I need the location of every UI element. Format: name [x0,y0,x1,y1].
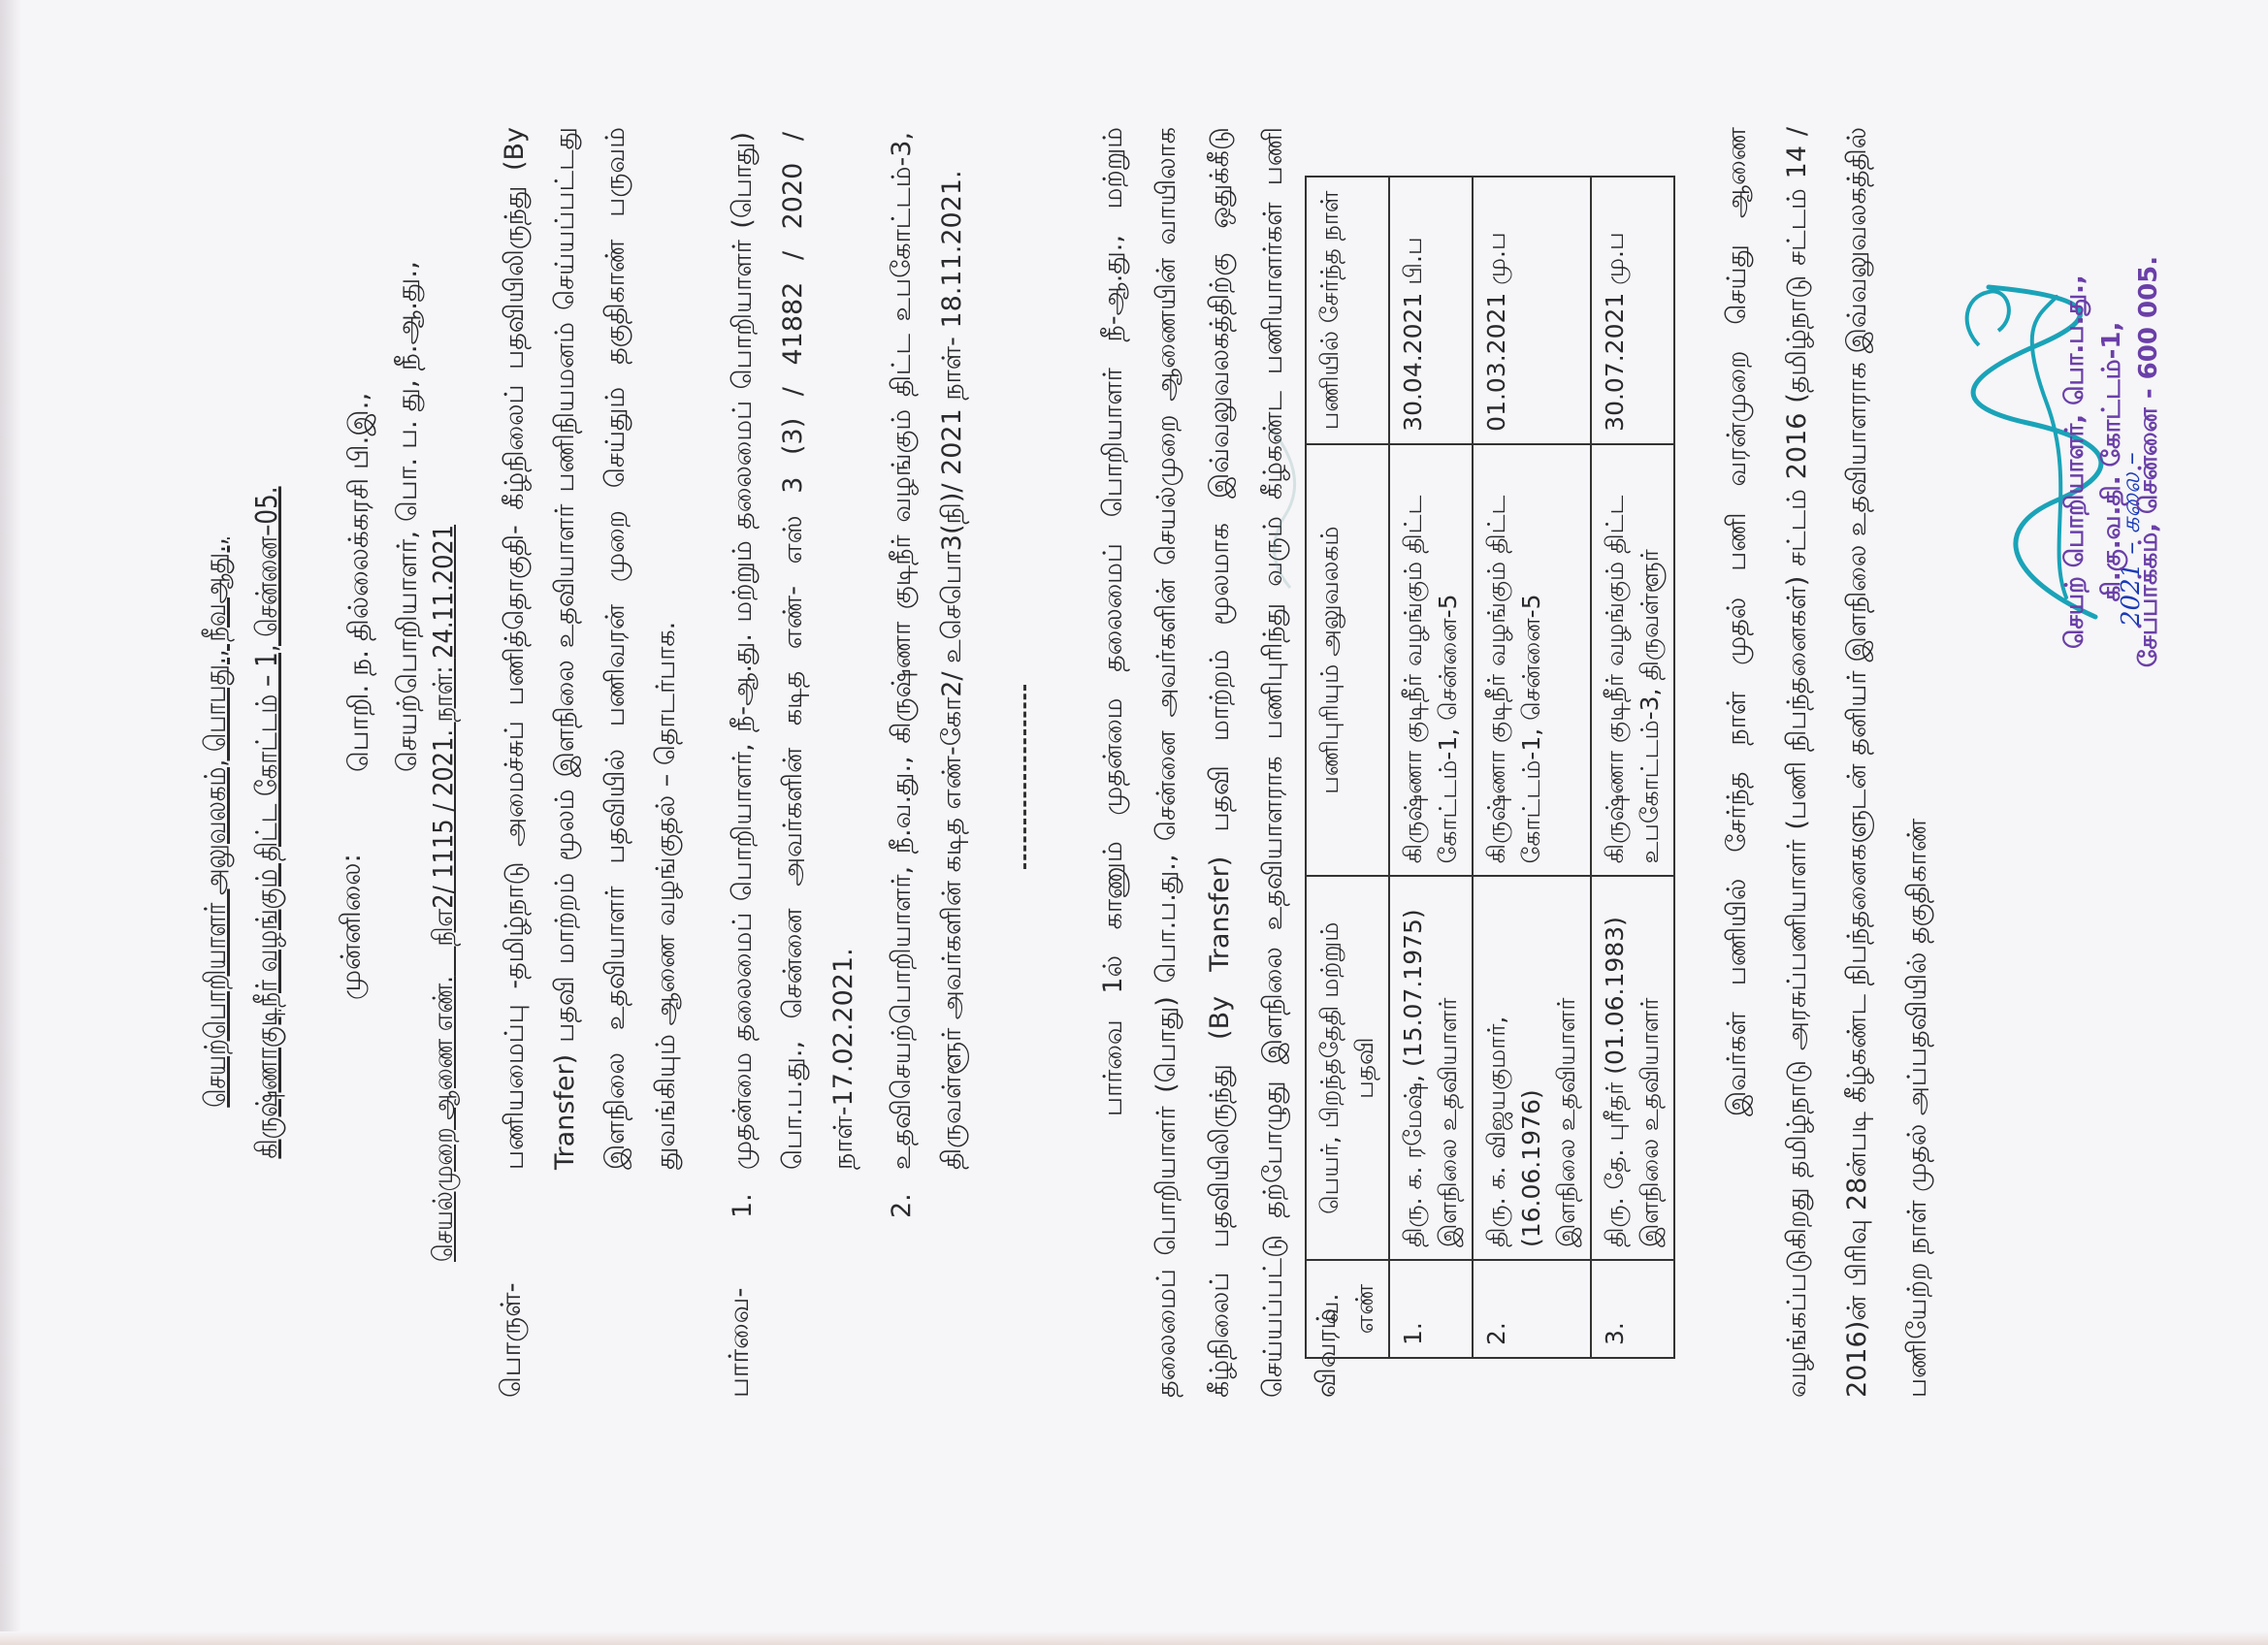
order-number: நிஎ2/ 1115 / 2021. [427,729,459,946]
body-paragraph-2: இவர்கள் பணியில் சேர்ந்த நாள் முதல் பணி வ… [1707,127,1948,1398]
reference-list: 1. முதன்மை தலைமைப் பொறியாளர், நீ-ஆ.து. ம… [718,132,986,1218]
document-page: செயற்பொறியாளர் அலுவலகம், பொபது., நீவஆது.… [0,0,2268,1645]
order-date-label: நாள்: [427,665,459,722]
cell-name: திரு. க. விஜயகுமார், (16.06.1976)இளநிலை … [1473,876,1591,1260]
cell-office: கிருஷ்ணா குடிநீர் வழங்கும் திட்ட கோட்டம்… [1473,444,1591,877]
cell-name: திரு. தே. புரீதர் (01.06.1983)இளநிலை உதவ… [1591,876,1674,1260]
reference-item: 2. உதவிசெயற்பொறியாளர், நீ.வ.து., கிருஷ்ண… [877,132,978,1218]
reference-number: 2. [877,1170,978,1218]
col-office: பணிபுரியும் அலுவலகம் [1306,444,1389,877]
cell-sno: 2. [1473,1260,1591,1358]
cell-office: கிருஷ்ணா குடிநீர் வழங்கும் திட்ட உபகோட்ட… [1591,444,1674,877]
table-header-row: வ. எண் பெயர், பிறந்ததேதி மற்றும் பதவி பண… [1306,177,1389,1358]
employee-name: திரு. க. விஜயகுமார், (16.06.1976) [1479,888,1549,1247]
reference-text: உதவிசெயற்பொறியாளர், நீ.வ.து., கிருஷ்ணா க… [877,132,978,1170]
order-label: செயல்முறை ஆணை எண். [427,976,459,1262]
col-sno: வ. எண் [1306,1260,1389,1358]
staff-table: வ. எண் பெயர், பிறந்ததேதி மற்றும் பதவி பண… [1305,176,1675,1359]
employee-post: இளநிலை உதவியாளர் [1549,888,1584,1247]
presence-designation: செயற்பொறியாளர், பொ. ப. து, நீ.ஆ.து., [383,261,432,772]
stamp-line-3: சேப்பாக்கம், சென்னை - 600 005. [2130,210,2167,714]
reference-item: 1. முதன்மை தலைமைப் பொறியாளர், நீ-ஆ.து. ம… [718,132,869,1218]
faint-pencil-mark [1251,418,1310,593]
employee-post: இளநிலை உதவியாளர் [1633,888,1668,1247]
stamp-line-2: கி.கு.வ.தி. கோட்டம்-1, [2093,210,2130,714]
cell-joined: 01.03.2021 மு.ப [1473,177,1591,444]
cell-name: திரு. க. ரமேஷ், (15.07.1975)இளநிலை உதவிய… [1389,876,1473,1260]
presence-name: பொறி. ந. தில்லைக்கரசி பி.இ., [335,261,383,772]
order-date: 24.11.2021 [427,525,459,659]
presence-block: பொறி. ந. தில்லைக்கரசி பி.இ., செயற்பொறியா… [335,261,432,772]
cell-sno: 3. [1591,1260,1674,1358]
col-joined: பணியில் சேர்ந்த நாள் [1306,177,1389,444]
cell-office: கிருஷ்ணா குடிநீர் வழங்கும் திட்ட கோட்டம்… [1389,444,1473,877]
presence-label: முன்னிலை: [335,854,371,1000]
stamp-line-1: செயற் பொறியாளர், பொ.ப.து., [2057,210,2093,714]
employee-name: திரு. க. ரமேஷ், (15.07.1975) [1396,888,1431,1247]
table-row: 1. திரு. க. ரமேஷ், (15.07.1975)இளநிலை உத… [1389,177,1473,1358]
table-row: 3. திரு. தே. புரீதர் (01.06.1983)இளநிலை … [1591,177,1674,1358]
division-header: கிருஷ்ணாகுடிநீர் வழங்கும் திட்ட கோட்டம் … [250,148,288,1498]
employee-post: இளநிலை உதவியாளர் [1431,888,1466,1247]
cell-joined: 30.07.2021 மு.ப [1591,177,1674,444]
subject-label: பொருள்- [495,1282,531,1398]
divider [1023,685,1026,869]
cell-joined: 30.04.2021 பி.ப [1389,177,1473,444]
reference-label: பார்வை- [723,1288,759,1399]
col-name: பெயர், பிறந்ததேதி மற்றும் பதவி [1306,876,1389,1260]
table-row: 2. திரு. க. விஜயகுமார், (16.06.1976)இளநி… [1473,177,1591,1358]
office-header: செயற்பொறியாளர் அலுவலகம், பொபது., நீவஆது.… [199,148,237,1498]
employee-name: திரு. தே. புரீதர் (01.06.1983) [1598,888,1633,1247]
reference-number: 1. [718,1170,869,1218]
reference-text: முதன்மை தலைமைப் பொறியாளர், நீ-ஆ.து. மற்ற… [718,132,869,1170]
official-stamp: செயற் பொறியாளர், பொ.ப.து., கி.கு.வ.தி. க… [2057,210,2167,714]
subject-text: பணியமைப்பு -தமிழ்நாடு அமைச்சுப் பணித்தொக… [490,127,692,1170]
cell-sno: 1. [1389,1260,1473,1358]
order-number-line: செயல்முறை ஆணை எண். நிஎ2/ 1115 / 2021. நா… [427,525,463,1262]
